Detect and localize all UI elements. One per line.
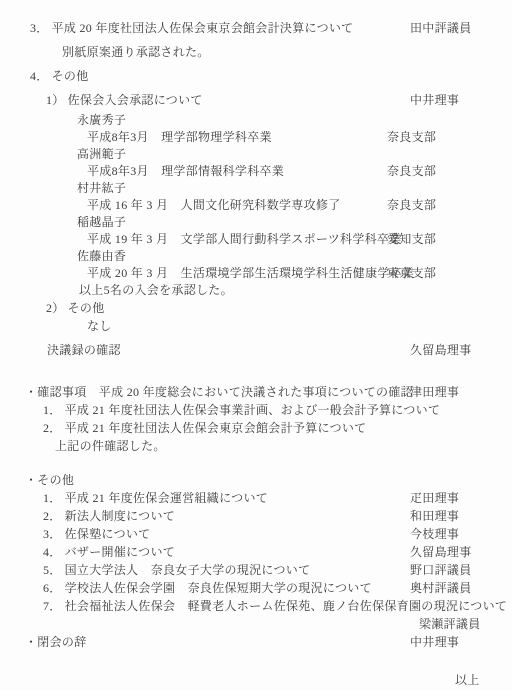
resolution-note: なし (0, 317, 512, 335)
item-number: 5． (43, 563, 62, 577)
member-name: 佐藤由香 (0, 248, 512, 265)
member-name-text: 佐藤由香 (77, 249, 126, 263)
graduation-line: 平成8年3月 理学部物理学科卒業奈良支部 (0, 129, 512, 146)
resolution-note: 別紙原案通り承認された。 (0, 40, 512, 64)
member-name-text: 高洲範子 (77, 147, 126, 161)
resolution-note-text: 上記の件確認した。 (55, 439, 166, 453)
officer-label: 久留島理事 (410, 543, 472, 561)
item-number: 3． (30, 21, 49, 35)
agenda-item-text: 決議録の確認 (47, 343, 121, 357)
member-name-text: 村井紘子 (77, 181, 126, 195)
section-heading-text: ・閉会の辞 (25, 635, 87, 649)
officer-label: 田中評議員 (410, 16, 472, 40)
member-name: 稲越晶子 (0, 214, 512, 231)
branch-label: 奈良支部 (387, 129, 436, 146)
closing-mark: 以上 (0, 671, 512, 689)
agenda-item-text: 平成 20 年度社団法人佐保会東京会館会計決算について (52, 21, 354, 35)
member-name: 高洲範子 (0, 146, 512, 163)
agenda-item: 3．佐保塾について今枝理事 (0, 525, 512, 543)
branch-label: 東京支部 (387, 265, 436, 282)
branch-label: 愛知支部 (387, 231, 436, 248)
member-name-text: 永廣秀子 (77, 113, 126, 127)
agenda-item-text: その他 (68, 301, 105, 315)
item-number: 1． (43, 491, 62, 505)
agenda-item-text: 新法人制度について (65, 509, 175, 523)
agenda-item-text: 平成 21 年度佐保会運営組織について (65, 491, 268, 505)
document-body: 3．平成 20 年度社団法人佐保会東京会館会計決算について田中評議員別紙原案通り… (0, 16, 512, 689)
item-number: 2） (46, 301, 65, 315)
item-number: 7． (43, 599, 62, 613)
officer-label: 津田理事 (410, 383, 459, 401)
graduation-line-text: 平成 16 年 3 月 人間文化研究科数学専攻修了 (87, 198, 341, 212)
graduation-line-text: 平成 20 年 3 月 生活環境学部生活環境学科生活健康学卒業 (87, 266, 414, 280)
item-number: 1） (46, 93, 65, 107)
section-heading: ・その他 (0, 471, 512, 489)
officer-label: 奥村評議員 (410, 579, 472, 597)
resolution-note-text: なし (87, 319, 112, 333)
officer-label: 今枝理事 (410, 525, 459, 543)
branch-label: 奈良支部 (387, 197, 436, 214)
agenda-item-text: 平成 21 年度社団法人佐保会事業計画、および一般会計予算について (65, 403, 441, 417)
member-name: 村井紘子 (0, 180, 512, 197)
item-number: 4． (43, 545, 62, 559)
agenda-item: 2．新法人制度について和田理事 (0, 507, 512, 525)
agenda-item-text: その他 (52, 69, 89, 83)
officer-label: 中井理事 (410, 88, 459, 112)
agenda-item: 2．平成 21 年度社団法人佐保会東京会館会計予算について (0, 419, 512, 437)
agenda-item-text: 佐保塾について (65, 527, 151, 541)
resolution-note: 以上5名の入会を承認した。 (0, 282, 512, 299)
agenda-item: 5．国立大学法人 奈良女子大学の現況について野口評議員 (0, 561, 512, 579)
resolution-note-text: 以上5名の入会を承認した。 (79, 283, 233, 297)
agenda-item: 6．学校法人佐保会学園 奈良佐保短期大学の現況について奥村評議員 (0, 579, 512, 597)
document-page: 3．平成 20 年度社団法人佐保会東京会館会計決算について田中評議員別紙原案通り… (0, 0, 512, 691)
agenda-item: 3．平成 20 年度社団法人佐保会東京会館会計決算について田中評議員 (0, 16, 512, 40)
branch-label: 奈良支部 (387, 163, 436, 180)
section-heading: ・閉会の辞中井理事 (0, 633, 512, 651)
agenda-item: 1）佐保会入会承認について中井理事 (0, 88, 512, 112)
member-name-text: 稲越晶子 (77, 215, 126, 229)
agenda-item-text: 社会福祉法人佐保会 軽費老人ホーム佐保苑、鹿ノ台佐保保育園の現況について (65, 599, 508, 613)
item-number: 2． (43, 509, 62, 523)
resolution-note: 上記の件確認した。 (0, 437, 512, 455)
officer-label: 中井理事 (410, 633, 459, 651)
item-number: 3． (43, 527, 62, 541)
section-heading-text: ・その他 (25, 473, 74, 487)
graduation-line-text: 平成8年3月 理学部情報科学科卒業 (87, 164, 284, 178)
graduation-line: 平成 20 年 3 月 生活環境学部生活環境学科生活健康学卒業東京支部 (0, 265, 512, 282)
item-number: 2． (43, 421, 62, 435)
closing-mark-text: 以上 (455, 673, 480, 687)
agenda-item: 決議録の確認久留島理事 (0, 341, 512, 359)
officer-label: 久留島理事 (410, 341, 472, 359)
item-number: 4． (30, 69, 49, 83)
graduation-line: 平成 16 年 3 月 人間文化研究科数学専攻修了奈良支部 (0, 197, 512, 214)
officer-name-line: 梁瀬評議員 (0, 615, 512, 633)
member-name: 永廣秀子 (0, 112, 512, 129)
agenda-item-text: バザー開催について (65, 545, 175, 559)
agenda-item-text: 国立大学法人 奈良女子大学の現況について (65, 563, 311, 577)
section-heading-text: ・確認事項 平成 20 年度総会において決議された事項についての確認 (25, 385, 413, 399)
agenda-item-text: 佐保会入会承認について (68, 93, 203, 107)
officer-label: 和田理事 (410, 507, 459, 525)
graduation-line-text: 平成8年3月 理学部物理学科卒業 (87, 130, 272, 144)
item-number: 6． (43, 581, 62, 595)
officer-label: 野口評議員 (410, 561, 472, 579)
graduation-line-text: 平成 19 年 3 月 文学部人間行動科学スポーツ科学科卒業 (87, 232, 402, 246)
agenda-item-text: 平成 21 年度社団法人佐保会東京会館会計予算について (65, 421, 367, 435)
graduation-line: 平成8年3月 理学部情報科学科卒業奈良支部 (0, 163, 512, 180)
agenda-item: 2）その他 (0, 299, 512, 317)
agenda-item: 4．バザー開催について久留島理事 (0, 543, 512, 561)
resolution-note-text: 別紙原案通り承認された。 (62, 45, 210, 59)
agenda-item: 4．その他 (0, 64, 512, 88)
officer-name-line-text: 梁瀬評議員 (419, 617, 481, 631)
agenda-item: 7．社会福祉法人佐保会 軽費老人ホーム佐保苑、鹿ノ台佐保保育園の現況について (0, 597, 512, 615)
agenda-item-text: 学校法人佐保会学園 奈良佐保短期大学の現況について (65, 581, 372, 595)
section-heading: ・確認事項 平成 20 年度総会において決議された事項についての確認津田理事 (0, 383, 512, 401)
agenda-item: 1．平成 21 年度社団法人佐保会事業計画、および一般会計予算について (0, 401, 512, 419)
graduation-line: 平成 19 年 3 月 文学部人間行動科学スポーツ科学科卒業愛知支部 (0, 231, 512, 248)
agenda-item: 1．平成 21 年度佐保会運営組織について疋田理事 (0, 489, 512, 507)
officer-label: 疋田理事 (410, 489, 459, 507)
item-number: 1． (43, 403, 62, 417)
